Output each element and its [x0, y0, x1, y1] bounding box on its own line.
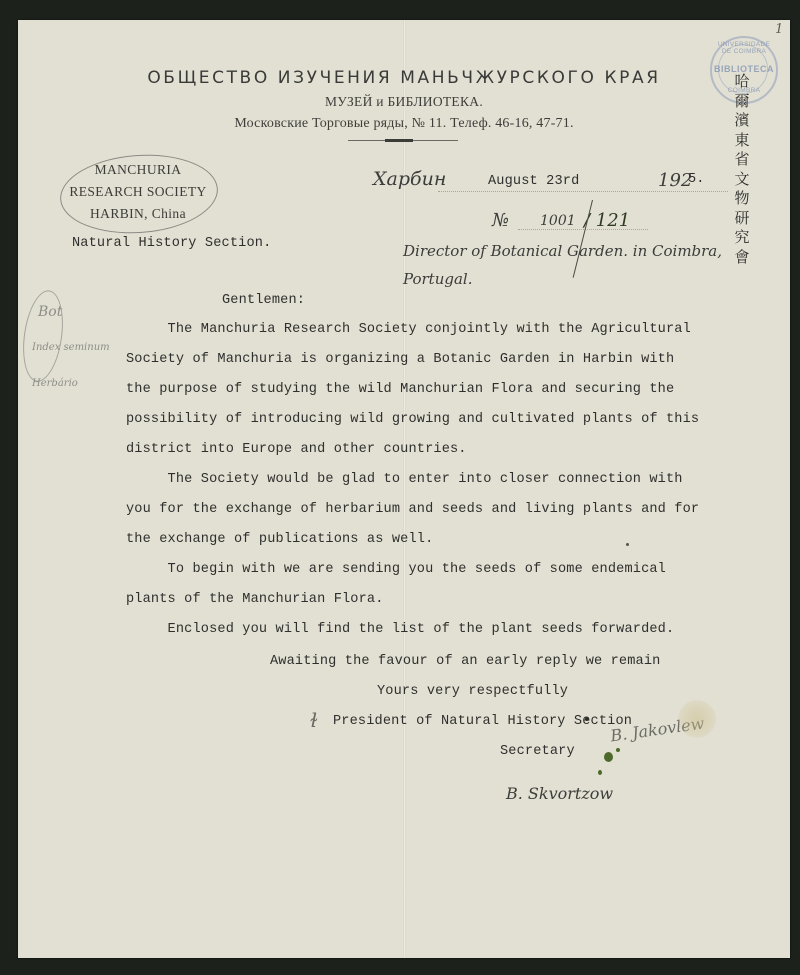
ink-spot [616, 748, 620, 752]
society-title-ru: ОБЩЕСТВО ИЗУЧЕНИЯ МАНЬЧЖУРСКОГО КРАЯ [18, 68, 790, 88]
seal-line-1: MANCHURIA [68, 162, 208, 178]
margin-note-index: Index seminum [32, 342, 110, 353]
secretary-signature: B. Skvortzow [506, 784, 613, 803]
body-line: you for the exchange of herbarium and se… [126, 502, 699, 517]
closing-awaiting: Awaiting the favour of an early reply we… [270, 654, 660, 669]
margin-note-bot: Bot [38, 304, 62, 320]
body-line: the purpose of studying the wild Manchur… [126, 382, 674, 397]
body-line: Enclosed you will find the list of the p… [126, 622, 674, 637]
margin-note-herbario: Herbário [32, 378, 78, 389]
city-handwritten: Харбин [373, 168, 446, 190]
recipient-line-1: Director of Botanical Garden. in Coimbra… [403, 242, 722, 260]
header-divider-ornament [385, 139, 413, 142]
ink-spot [598, 770, 602, 775]
body-line: The Society would be glad to enter into … [126, 472, 683, 487]
body-line: plants of the Manchurian Flora. [126, 592, 384, 607]
salutation: Gentlemen: [222, 293, 305, 308]
president-mark: ɫ [310, 708, 318, 732]
body-line: To begin with we are sending you the see… [126, 562, 666, 577]
body-line: district into Europe and other countries… [126, 442, 467, 457]
margin-pencil-circle [18, 288, 68, 384]
reference-number: 1001 [540, 213, 576, 229]
reference-number-extra: / 121 [584, 210, 630, 231]
body-line: Society of Manchuria is organizing a Bot… [126, 352, 674, 367]
seal-line-2: RESEARCH SOCIETY [68, 184, 208, 200]
secretary-title: Secretary [500, 744, 575, 759]
number-sign: № [492, 210, 509, 231]
body-line: possibility of introducing wild growing … [126, 412, 699, 427]
museum-library-ru: МУЗЕЙ и БИБЛИОТЕКА. [18, 94, 790, 110]
year-suffix: 5. [688, 172, 705, 187]
letter-page: 1 UNIVERSIDADE DE COIMBRA BIBLIOTECA COI… [18, 20, 790, 958]
paper-stain [678, 700, 716, 738]
date-text: August 23rd [488, 174, 579, 189]
seal-line-3: HARBIN, China [68, 206, 208, 222]
pen-stroke-line [573, 200, 593, 278]
ink-spot [585, 717, 589, 721]
closing-yours: Yours very respectfully [377, 684, 568, 699]
ink-spot [604, 752, 613, 762]
recipient-line-2: Portugal. [403, 270, 473, 288]
address-ru: Московские Торговые ряды, № 11. Телеф. 4… [18, 116, 790, 132]
fold-crease [403, 20, 406, 958]
paper-speck [626, 543, 629, 546]
section-name: Natural History Section. [72, 236, 271, 251]
body-line: the exchange of publications as well. [126, 532, 433, 547]
page-number: 1 [775, 22, 783, 37]
body-line: The Manchuria Research Society conjointl… [126, 322, 691, 337]
stamp-ring-top-text: UNIVERSIDADE DE COIMBRA [712, 41, 776, 55]
